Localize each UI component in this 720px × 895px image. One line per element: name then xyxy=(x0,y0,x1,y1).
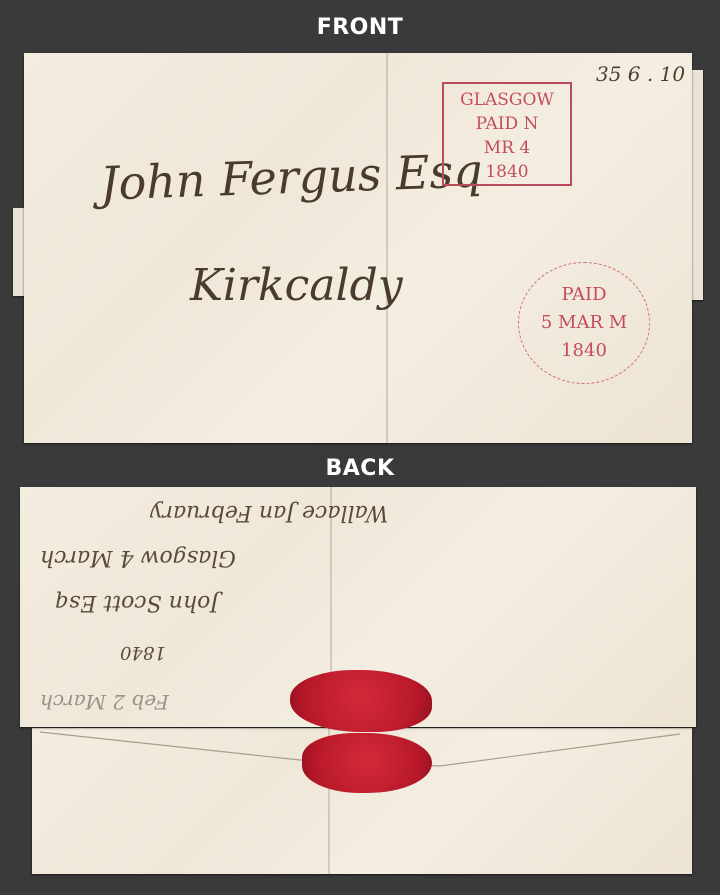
stamp-line: PAID xyxy=(519,281,649,309)
wax-seal-bottom xyxy=(302,733,432,793)
back-label: BACK xyxy=(0,456,720,481)
stamp-line: 5 MAR M xyxy=(519,309,649,337)
docket-year: 1840 xyxy=(120,642,166,663)
wax-seal-top xyxy=(290,670,432,732)
docket-note: John Scott Esq xyxy=(55,590,219,615)
docket-note: Glasgow 4 March xyxy=(40,545,236,570)
front-label: FRONT xyxy=(0,15,720,40)
front-letter xyxy=(24,53,692,443)
paid-circular-datestamp: PAID 5 MAR M 1840 xyxy=(518,262,650,384)
pencil-note: Feb 2 March xyxy=(40,690,169,714)
glasgow-paid-stamp: GLASGOW PAID N MR 4 1840 xyxy=(442,82,572,186)
stamp-line: GLASGOW xyxy=(444,88,570,112)
stamp-line: 1840 xyxy=(519,337,649,365)
stamp-line: PAID N xyxy=(444,112,570,136)
docket-note: 35 6 . 10 xyxy=(596,62,685,86)
stamp-line: 1840 xyxy=(444,160,570,184)
docket-note: Wallace Jan February xyxy=(150,500,388,525)
fold-line xyxy=(386,53,388,443)
stamp-line: MR 4 xyxy=(444,136,570,160)
address-town: Kirkcaldy xyxy=(190,260,403,311)
